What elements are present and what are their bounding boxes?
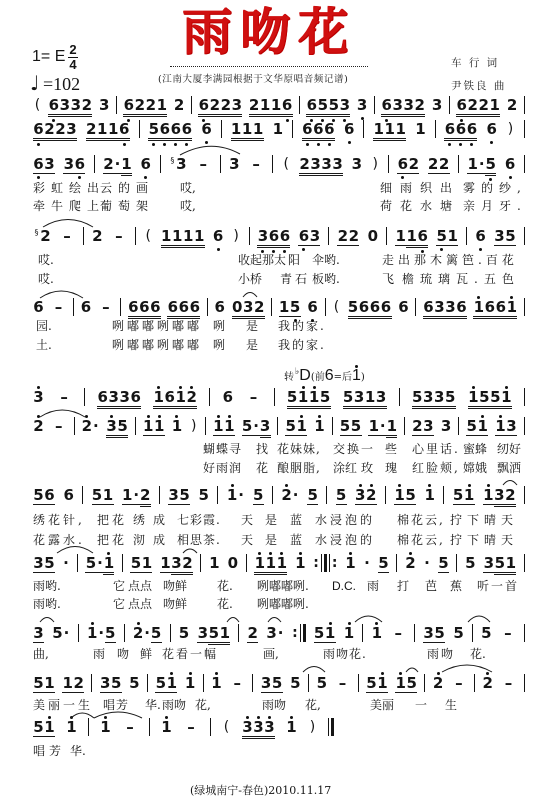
bar-line — [200, 554, 201, 572]
note: 2 — [337, 228, 348, 244]
lyric-segment: 收起那太 — [238, 253, 286, 268]
note: 2 — [134, 97, 145, 113]
bar-line — [124, 624, 125, 642]
note-group: 3· — [266, 625, 284, 642]
beam-group: 1661 — [473, 299, 517, 319]
lyric-segment: 花, — [305, 698, 321, 713]
beam-group: 51 — [285, 418, 307, 436]
note: 3 — [33, 389, 44, 405]
note: 3 — [106, 418, 117, 434]
lyric-segment: 美丽一生 — [33, 698, 93, 713]
beam-group: 1 — [371, 625, 382, 642]
note: 6 — [381, 299, 392, 315]
beam-group: 11 — [213, 418, 235, 436]
beam-group: 6 — [505, 156, 516, 173]
note: 6 — [33, 121, 44, 137]
bar-stroke — [524, 674, 525, 692]
note: 3 — [171, 555, 182, 571]
note: 1 — [219, 625, 230, 641]
bar-line — [424, 674, 425, 692]
note: 1 — [384, 121, 395, 137]
note: 6 — [44, 487, 55, 503]
note-group: 5 — [465, 555, 476, 572]
note-group: 11 — [143, 418, 165, 436]
note-group: 6221 — [123, 97, 167, 117]
beam-group: 5 — [105, 625, 116, 643]
bar-line — [524, 624, 525, 642]
staff-line-9: 35·5·151132101111::1·52·55351 — [33, 555, 525, 581]
note-group: 2116 — [86, 121, 130, 141]
lyric-segment: 我的家. — [278, 319, 326, 334]
note: 3 — [494, 228, 505, 244]
lyrics-line-4-verse-2: 哎. 小桥 青石 板哟. 飞檐 琉璃瓦.五色 — [0, 272, 554, 288]
lyric-segment: 琉璃瓦.五色 — [420, 272, 520, 287]
beam-group: 15 — [395, 675, 417, 693]
beam-group: – — [122, 719, 138, 736]
note: 3 — [44, 156, 55, 172]
note: 2 — [220, 97, 231, 113]
note-group: ) — [232, 228, 241, 245]
note: 1 — [279, 299, 290, 315]
note: 2 — [366, 487, 377, 503]
lyric-segment: 嫦娥 — [463, 461, 487, 476]
bar-line — [332, 417, 333, 435]
lyric-segment: 成 — [153, 513, 165, 528]
lyric-segment: 华. — [70, 744, 86, 759]
note-group: 1 — [286, 719, 297, 736]
note: 5 — [412, 389, 423, 405]
note-group: – — [195, 156, 211, 173]
note: 2 — [408, 156, 419, 172]
beam-group: 111 — [373, 121, 406, 141]
lyric-segment: 雨吻花. — [323, 647, 367, 662]
note: 1 — [296, 418, 307, 434]
note: 1 — [227, 487, 238, 503]
lyric-segment: 找 — [256, 442, 268, 457]
note-group: 5313 — [343, 389, 387, 409]
sustain-dash: – — [183, 719, 199, 735]
lyrics-line-7-verse-2: 好雨润 花 酿胭脂, 涂红 玫 瑰 红脸颊, 嫦娥 飘洒 — [0, 461, 554, 477]
note-group: 6332 — [381, 97, 425, 117]
note-group: – — [59, 228, 75, 245]
note: 5 — [466, 418, 477, 434]
note: 1 — [156, 97, 167, 113]
bar-line — [73, 298, 74, 316]
beam-group: 3 — [99, 97, 110, 114]
note-group: 1· — [227, 487, 245, 504]
bar-line — [458, 155, 459, 173]
note: 5 — [314, 625, 325, 641]
bar-stroke — [122, 554, 123, 572]
beam-group: 3 — [33, 389, 44, 406]
bar-stroke — [238, 624, 239, 642]
beam-group: 3 — [351, 156, 362, 173]
note: 1 — [371, 625, 382, 641]
note: 1 — [175, 389, 186, 405]
lyrics-line-8-verse-2: 花露水. 把花 沏 成 相思茶. 天 是 蓝 水浸泡的 棉花云, 拧下晴天 — [0, 533, 554, 549]
bar-stroke — [328, 718, 329, 736]
note-group: – — [500, 625, 516, 642]
note-group: 2 — [507, 97, 518, 114]
bar-stroke — [363, 120, 364, 138]
beam-group: 6 — [63, 487, 74, 504]
beam-group: 35 — [100, 675, 122, 693]
note-group: 6 — [201, 121, 212, 138]
note: 3 — [197, 625, 208, 641]
note-group: 35 — [168, 487, 190, 505]
note: 1 — [424, 487, 435, 503]
note: 5 — [343, 389, 354, 405]
note: 5 — [92, 487, 103, 503]
key-change-open: (前 — [311, 371, 325, 385]
lyric-segment: 玫 — [361, 461, 373, 476]
bar-stroke — [200, 554, 201, 572]
augmentation-dot: · — [92, 418, 99, 434]
note: 5 — [85, 555, 96, 571]
note: 3 — [66, 121, 77, 137]
note: 1 — [495, 418, 506, 434]
note-group: 1 — [344, 625, 355, 642]
note: 5 — [52, 625, 63, 641]
beam-group: 32 — [494, 487, 516, 507]
beam-group: 35 — [494, 228, 516, 246]
beam-group: 51 — [92, 487, 114, 505]
note: 1 — [477, 418, 488, 434]
beam-group: 6221 — [456, 97, 500, 117]
note-group: 0 — [227, 555, 238, 572]
bar-line — [272, 155, 273, 173]
note: 3 — [264, 719, 275, 735]
beam-group: 6332 — [381, 97, 425, 117]
note: 1 — [161, 228, 172, 244]
note-group: 6 — [63, 487, 74, 504]
note: 1 — [171, 418, 182, 434]
note-group: – — [335, 675, 351, 692]
bar-line — [116, 96, 117, 114]
bar-stroke — [458, 155, 459, 173]
augmentation-dot: · — [63, 625, 70, 641]
beam-group: 6 — [475, 228, 486, 245]
note: 6 — [63, 487, 74, 503]
beam-group: 1 — [295, 555, 306, 572]
lyric-segment: 好雨润 — [203, 461, 242, 476]
beam-group: 1 — [386, 418, 397, 438]
beam-group: 2· — [133, 625, 151, 642]
staff-line-6: 3–633616126–5115531353351551 — [33, 389, 525, 415]
beam-group: 1 — [286, 719, 297, 736]
note-group: 1·2 — [122, 487, 151, 507]
beam-group: §2 — [33, 228, 51, 245]
note: 5 — [130, 555, 141, 571]
repeat-bar-line: :: — [313, 554, 337, 572]
note-group: 2· — [81, 418, 99, 435]
bar-stroke — [274, 388, 275, 406]
note: 1 — [309, 389, 320, 405]
note: 3 — [229, 156, 240, 172]
bar-line — [524, 486, 525, 504]
bar-stroke — [414, 624, 415, 642]
slur-arc — [268, 618, 281, 623]
sustain-dash: – — [500, 625, 516, 641]
beam-group: 0 — [227, 555, 238, 572]
note: 5 — [155, 675, 166, 691]
bar-stroke — [524, 624, 525, 642]
bar-line — [220, 155, 221, 173]
segno-icon: § — [169, 156, 176, 172]
note-group: 1 — [424, 487, 435, 504]
bar-stroke — [388, 155, 389, 173]
note: 5 — [465, 555, 476, 571]
note: 6 — [423, 299, 434, 315]
bar-line — [399, 388, 400, 406]
beam-group: 3 — [432, 97, 443, 114]
time-signature-numerator: 2 — [69, 44, 76, 56]
note: 1 — [153, 389, 164, 405]
slur-arc — [303, 667, 325, 673]
bar-stroke — [524, 417, 525, 435]
bar-stroke — [84, 388, 85, 406]
beam-group: · — [62, 555, 69, 572]
lyric-segment: 飞檐 — [382, 272, 422, 287]
beam-group: 5 — [129, 675, 140, 692]
note: 2 — [412, 418, 423, 434]
note: 3 — [434, 389, 445, 405]
lyric-segment: 花露水. — [33, 533, 85, 548]
note: 6 — [181, 121, 192, 137]
augmentation-dot: · — [144, 625, 151, 641]
beam-group: 5· — [242, 418, 260, 436]
note-group: 3 — [351, 156, 362, 173]
bar-stroke — [246, 554, 247, 572]
note-group: 6 — [398, 299, 409, 316]
note-group: 1 — [371, 625, 382, 642]
note-group: 6336 — [97, 389, 141, 409]
note: 5 — [490, 389, 501, 405]
note: 3 — [310, 156, 321, 172]
note: 1 — [44, 675, 55, 691]
beam-group: 5 — [336, 487, 347, 505]
beam-group: · — [363, 555, 370, 572]
note: 1 — [505, 555, 516, 571]
beam-group: 55 — [340, 418, 362, 436]
note-group: 11 — [213, 418, 235, 436]
beam-group: 366 — [257, 228, 290, 248]
note: 6 — [398, 299, 409, 315]
lyric-segment: 生 — [445, 698, 457, 713]
bar-stroke — [207, 298, 208, 316]
lyric-segment: 心里话. — [412, 442, 460, 457]
note: 5 — [33, 719, 44, 735]
note-group: 35 — [100, 675, 122, 693]
note: 2 — [433, 675, 444, 691]
lyrics-line-11: 美丽一生 唱芳 华. 雨吻 花, 雨吻 花, 美丽 一 生 — [0, 698, 554, 714]
beam-group: 1 — [314, 418, 325, 435]
slur-arc — [227, 618, 239, 623]
note-group: 6 — [505, 156, 516, 173]
note: 1 — [506, 299, 517, 315]
note-group: – — [56, 389, 72, 406]
bar-stroke — [170, 624, 171, 642]
beam-group: – — [50, 299, 66, 316]
lyric-segment: 蓝 — [290, 513, 302, 528]
note-group: · — [363, 555, 370, 572]
lyric-segment: 棉花云, — [397, 533, 445, 548]
parenthesis: ( — [144, 228, 153, 244]
lyric-segment: 雨哟. — [33, 579, 61, 594]
beam-group: 1 — [424, 487, 435, 504]
lyric-segment: 天 — [241, 513, 253, 528]
note: 3 — [33, 625, 44, 641]
bar-stroke — [458, 417, 459, 435]
beam-group: – — [390, 625, 406, 642]
note: 6 — [119, 121, 130, 137]
bar-line — [474, 674, 475, 692]
note: 5 — [485, 156, 496, 172]
bar-line — [524, 554, 525, 572]
bar-stroke — [147, 674, 148, 692]
augmentation-dot: · — [62, 555, 69, 571]
note-group: 351 — [483, 555, 516, 575]
beam-group: 5 — [481, 625, 492, 642]
note: 1 — [161, 719, 172, 735]
note: 3 — [351, 156, 362, 172]
quarter-note-icon: ♩ — [30, 72, 39, 94]
bar-stroke — [300, 624, 301, 642]
lyric-segment: 鲜 — [140, 647, 152, 662]
beam-group: 5666 — [348, 299, 392, 319]
sustain-dash: – — [335, 675, 351, 691]
bar-line — [120, 298, 121, 316]
note-group: 5·3 — [242, 418, 271, 438]
beam-group: ) — [232, 228, 241, 245]
note-group: 5666 — [348, 299, 392, 319]
key-change-equals: =后 — [334, 371, 352, 385]
note: 6 — [140, 156, 151, 172]
bar-stroke — [83, 227, 84, 245]
bar-stroke — [272, 486, 273, 504]
note: 5 — [378, 555, 389, 571]
note-group: – — [245, 389, 261, 406]
beam-group: 1 — [415, 121, 426, 138]
note-group: 2333 — [299, 156, 343, 176]
note-group: 2· — [281, 487, 299, 504]
lyric-segment: 蜜蜂 — [463, 442, 487, 457]
bar-line — [122, 554, 123, 572]
bar-line — [386, 227, 387, 245]
beam-group: 23 — [412, 418, 434, 436]
bar-stroke — [91, 674, 92, 692]
beam-group: – — [229, 675, 245, 692]
beam-group: 666 — [444, 121, 477, 141]
bar-stroke — [149, 718, 150, 736]
note: 6 — [33, 299, 44, 315]
note: 2 — [507, 97, 518, 113]
note-group: · — [62, 555, 69, 572]
transcription-note: (江南大厦李满园根据于文华原唱音频记谱) — [158, 73, 348, 87]
beam-group: – — [195, 156, 211, 173]
note-group: – — [390, 625, 406, 642]
note-group: 666 — [302, 121, 335, 141]
bar-stroke — [325, 298, 326, 316]
note: 1 — [386, 418, 397, 434]
bar-stroke — [396, 554, 397, 572]
note-group: 1612 — [153, 389, 197, 409]
lyrics-line-4-verse-1: 哎. 收起那太 阳 伞哟. 走出那木篱笆.百花 — [0, 253, 554, 269]
sustain-dash: – — [111, 228, 127, 244]
note: 3 — [257, 228, 268, 244]
bar-line — [147, 674, 148, 692]
note: 1 — [87, 625, 98, 641]
bar-stroke — [324, 554, 327, 572]
note-group: 1·5 — [467, 156, 496, 176]
final-bar-line — [328, 718, 334, 736]
bar-stroke — [374, 96, 375, 114]
beam-group: 51 — [366, 675, 388, 693]
beam-group: 32 — [171, 555, 193, 575]
lyric-segment: 打 — [397, 579, 409, 594]
note: 5 — [307, 487, 318, 503]
beam-group: 1 — [211, 675, 222, 692]
beam-group: 1· — [227, 487, 245, 504]
note: 3 — [483, 555, 494, 571]
bar-line — [415, 298, 416, 316]
note: 2 — [249, 97, 260, 113]
lyric-segment: 花. — [217, 579, 233, 594]
note-group: – — [183, 719, 199, 736]
note: 3 — [260, 418, 271, 434]
beam-group: 2116 — [86, 121, 130, 141]
note: 5 — [494, 555, 505, 571]
note: 5 — [33, 675, 44, 691]
note-group: 6336 — [423, 299, 467, 319]
note: 6 — [201, 121, 212, 137]
note: 5 — [148, 121, 159, 137]
note-group: 5 — [129, 675, 140, 692]
note: 2 — [348, 228, 359, 244]
note-group: ( — [282, 156, 291, 173]
note: 2 — [40, 228, 51, 244]
lyric-segment: 拧下晴天 — [450, 533, 518, 548]
note: 1 — [183, 228, 194, 244]
note: 1 — [253, 121, 264, 137]
note: 6 — [306, 97, 317, 113]
note: 6 — [189, 299, 200, 315]
sustain-dash: – — [248, 156, 264, 172]
lyrics-line-9-verse-2: 雨哟. 它 点点 吻鲜 花. 咧嘟嘟咧. — [0, 597, 554, 613]
lyrics-line-5-verse-2: 土. 咧嘟嘟咧嘟嘟 咧 是 我的家. — [0, 338, 554, 354]
lyric-segment: 是 — [265, 533, 277, 548]
note: 1 — [260, 97, 271, 113]
bar-line — [246, 554, 247, 572]
lyric-segment: 小桥 — [238, 272, 262, 287]
lyrics-line-10: 曲, 雨 吻 鲜 花看一幅 画, 雨吻花. 雨吻 花. — [0, 647, 554, 663]
staff-line-7: 2–2·35111)115·3511551·12335113 — [33, 418, 525, 444]
lyric-segment: 美丽 — [370, 698, 394, 713]
note-group: 366 — [257, 228, 290, 248]
parenthesis: ) — [506, 121, 515, 137]
note: 1 — [185, 675, 196, 691]
note: 6 — [486, 121, 497, 137]
note: 6 — [97, 389, 108, 405]
bar-line — [82, 486, 83, 504]
note-group: 5335 — [412, 389, 456, 409]
da-capo-marking: D.C. — [332, 579, 356, 594]
note: 3 — [231, 97, 242, 113]
parenthesis: ) — [232, 228, 241, 244]
lyric-segment: 酿胭脂, — [277, 461, 321, 476]
slur-arc — [243, 293, 257, 298]
lyric-segment: 花, — [195, 698, 211, 713]
